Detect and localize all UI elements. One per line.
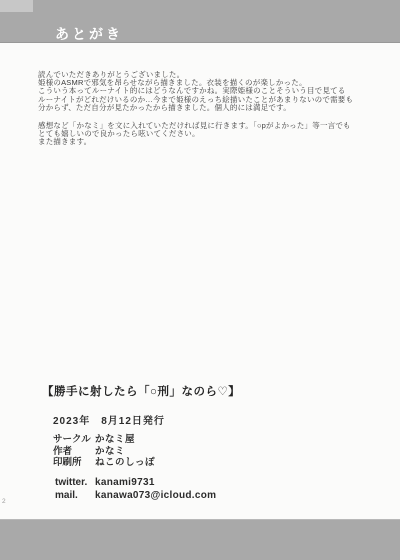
colophon-info: サークル かなミ屋 作者 かなミ 印刷所 ねこのしっぽ	[53, 434, 155, 469]
publish-date: 2023年 8月12日発行	[53, 412, 165, 427]
footer-band	[0, 519, 400, 560]
contact-row-mail: mail. kanawa073@icloud.com	[55, 490, 216, 503]
info-row-printer: 印刷所 ねこのしっぽ	[53, 457, 155, 469]
twitter-handle: kanami9731	[95, 477, 155, 490]
info-row-author: 作者 かなミ	[53, 446, 155, 458]
info-value: ねこのしっぽ	[95, 457, 155, 469]
afterword-text: 読んでいただきありがとうございました。 姫様のASMRで邪気を昂らせながら描きま…	[38, 71, 378, 147]
corner-notch	[0, 0, 33, 12]
contact-label: twitter.	[55, 477, 95, 490]
contact-label: mail.	[55, 490, 95, 503]
info-value: かなミ屋	[95, 434, 135, 446]
afterword-line: また描きます。	[38, 138, 378, 146]
afterword-page: あとがき 読んでいただきありがとうございました。 姫様のASMRで邪気を昂らせな…	[0, 0, 400, 560]
info-row-circle: サークル かなミ屋	[53, 434, 155, 446]
contact-row-twitter: twitter. kanami9731	[55, 477, 216, 490]
afterword-paragraph-2: 感想など「かなミ」を文に入れていただければ見に行きます。「○pがよかった」等一言…	[38, 122, 378, 147]
info-label: サークル	[53, 434, 95, 446]
edge-page-number: 2	[2, 499, 6, 506]
afterword-paragraph-1: 読んでいただきありがとうございました。 姫様のASMRで邪気を昂らせながら描きま…	[38, 71, 378, 112]
colophon-contacts: twitter. kanami9731 mail. kanawa073@iclo…	[55, 477, 216, 502]
info-label: 印刷所	[53, 457, 95, 469]
info-label: 作者	[53, 446, 95, 458]
header-band: あとがき	[0, 0, 400, 43]
afterword-line: 分からず、ただ自分が見たかったから描きました。個人的には満足です。	[38, 104, 378, 112]
info-value: かなミ	[95, 446, 125, 458]
mail-address: kanawa073@icloud.com	[95, 490, 216, 503]
book-title: 【勝手に射したら「○刑」なのら♡】	[42, 383, 240, 399]
page-title: あとがき	[55, 24, 123, 44]
